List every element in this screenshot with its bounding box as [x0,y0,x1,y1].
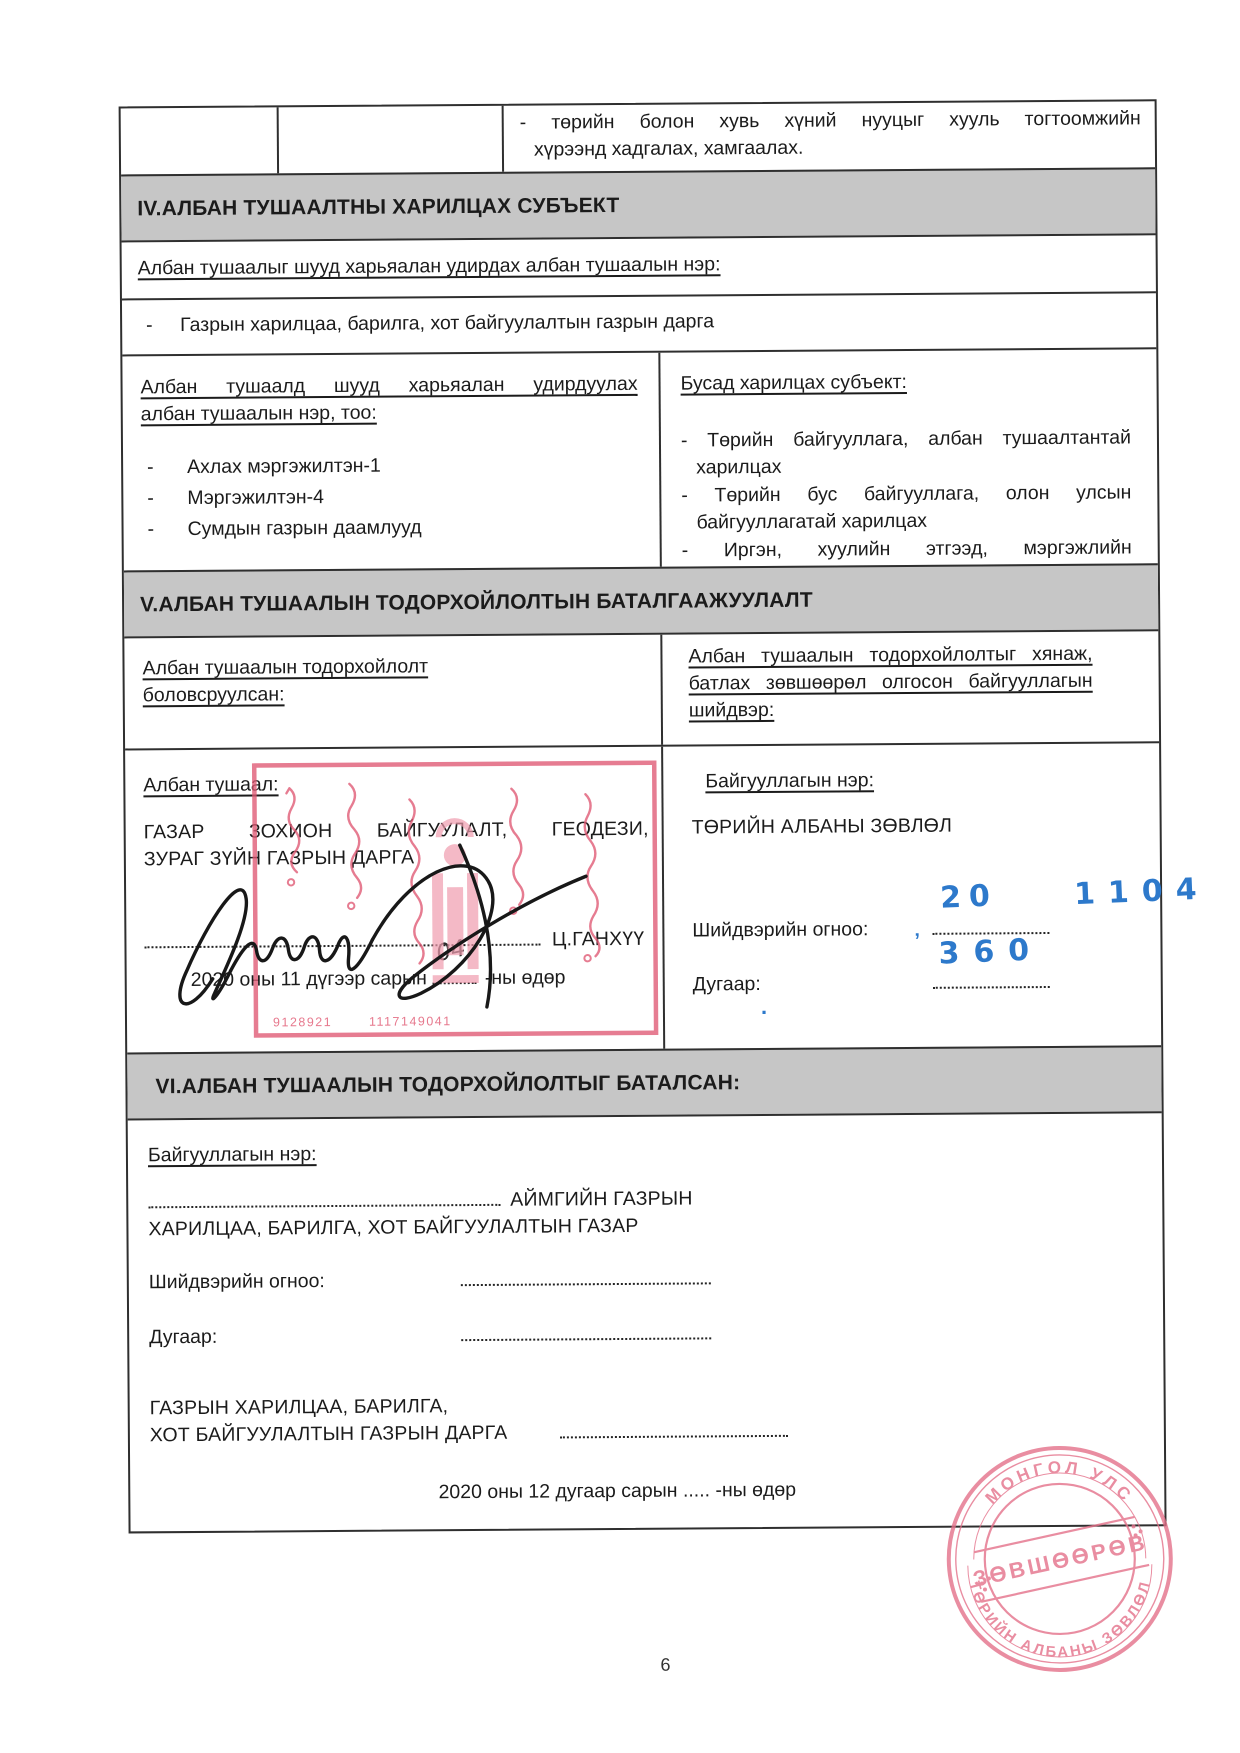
direct-manager-label: Албан тушаалыг шууд харьяалан удирдах ал… [138,251,721,298]
subordinates-list: -Ахлах мэргэжилтэн-1 -Мэргэжилтэн-4 -Сум… [141,449,640,545]
scanned-sheet: - төрийн болон хувь хүний нууцыг хууль т… [0,0,1240,1753]
document-page: - төрийн болон хувь хүний нууцыг хууль т… [0,0,1240,1753]
subordinates-header: Албан тушаалд шууд харьяалан удирдуулах … [140,371,637,428]
subordinates-header-line-2: албан тушаалын нэр, тоо: [141,398,638,428]
subordinate-2: Мэргэжилтэн-4 [187,482,324,514]
continuation-row: - төрийн болон хувь хүний нууцыг хууль т… [121,101,1155,174]
vi-number-dotted-line [461,1322,711,1341]
continuation-empty-cell-1 [121,107,277,174]
approved-org-name-part-1: АЙМГИЙН ГАЗРЫН [510,1186,693,1214]
list-item: -Мэргэжилтэн-4 [141,480,639,514]
v-subheaders-row: Албан тушаалын тодорхойлолт боловсруулса… [124,629,1159,748]
approver-title-line-2: ХОТ БАЙГУУЛАЛТЫН ГАЗРЫН ДАРГА [150,1420,508,1449]
continuation-line-2: хүрээнд хадгалах, хамгаалах. [520,132,1141,163]
vi-decision-date-dotted-line [461,1267,711,1286]
org-name-label: Байгууллагын нэр: [148,1143,317,1166]
approval-header-line-2: батлах зөвшөөрөл олгосон байгууллагын [689,668,1093,698]
org-name-label: Байгууллагын нэр: [705,769,874,792]
approver-signature-dotted-line [559,1420,787,1439]
other-subject-3-line-1: - Иргэн, хуулийн этгээд, мэргэжлийн [682,534,1132,564]
approval-org-name: ТӨРИЙН АЛБАНЫ ЗӨВЛӨЛ [692,811,1142,841]
approval-authority-cell: Албан тушаалын тодорхойлолтыг хянаж, бат… [660,631,1159,744]
developed-by-line-2: боловсруулсан: [143,679,641,709]
decision-date-line: Шийдвэрийн огноо: 20 1104 ’ [692,914,1142,944]
list-item: -Сумдын газрын даамлууд [141,511,639,545]
date-stamp-month: 20 [940,882,999,911]
approval-header-line-3: шийдвэр: [689,695,1093,725]
dash-bullet: - [138,312,180,354]
other-subjects-header: Бусад харилцах субъект: [680,371,906,395]
dash-bullet: - [141,514,187,545]
relations-row: Албан тушаалд шууд харьяалан удирдуулах … [122,347,1157,570]
signature [150,818,671,1022]
decision-number-label: Дугаар: [693,970,933,999]
continuation-text-cell: - төрийн болон хувь хүний нууцыг хууль т… [502,101,1155,172]
approval-header-line-1: Албан тушаалын тодорхойлолтыг хянаж, [688,641,1092,671]
developed-by-header: Албан тушаалын тодорхойлолт боловсруулса… [142,652,640,709]
vi-number-line: Дугаар: [149,1317,1143,1351]
dash-bullet: - [141,452,187,483]
direct-manager-value: Газрын харилцаа, барилга, хот байгуулалт… [180,308,714,354]
vi-number-label: Дугаар: [149,1322,461,1351]
section-iv-title: IV.АЛБАН ТУШААЛТНЫ ХАРИЛЦАХ СУБЪЕКТ [137,191,619,221]
decision-number-line: Дугаар: 360 . [693,968,1143,998]
list-item: - Төрийн байгууллага, албан тушаалтантай… [681,424,1131,481]
subordinates-cell: Албан тушаалд шууд харьяалан удирдуулах … [122,353,659,571]
blue-ink-dot: . [761,993,767,1020]
approved-org-name-part-2: ХАРИЛЦАА, БАРИЛГА, ХОТ БАЙГУУЛАЛТЫН ГАЗА… [148,1209,1142,1243]
subordinate-3: Сумдын газрын даамлууд [187,512,421,545]
approval-authority-header: Албан тушаалын тодорхойлолтыг хянаж, бат… [688,641,1093,725]
subordinates-header-line-1: Албан тушаалд шууд харьяалан удирдуулах [140,371,637,401]
developed-by-cell: Албан тушаалын тодорхойлолт боловсруулса… [124,635,661,749]
section-vi-header: VI.АЛБАН ТУШААЛЫН ТОДОРХОЙЛОЛТЫГ БАТАЛСА… [127,1045,1161,1118]
continuation-line-1: - төрийн болон хувь хүний нууцыг хууль т… [520,105,1141,136]
decision-date-label: Шийдвэрийн огноо: [692,916,932,945]
subordinate-1: Ахлах мэргэжилтэн-1 [187,451,381,483]
section-iv-header: IV.АЛБАН ТУШААЛТНЫ ХАРИЛЦАХ СУБЪЕКТ [121,167,1155,240]
list-item: -Ахлах мэргэжилтэн-1 [141,449,639,483]
section-v-header: V.АЛБАН ТУШААЛЫН ТОДОРХОЙЛОЛТЫН БАТАЛГАА… [124,563,1158,636]
dash-bullet: - [141,483,187,514]
blue-ink-mark: ’ [914,928,920,955]
approval-decision-cell: Байгууллагын нэр: ТӨРИЙН АЛБАНЫ ЗӨВЛӨЛ Ш… [661,743,1161,1048]
vi-decision-date-line: Шийдвэрийн огноо: [149,1262,1143,1296]
page-number: 6 [660,1655,670,1676]
section-v-title: V.АЛБАН ТУШААЛЫН ТОДОРХОЙЛОЛТЫН БАТАЛГАА… [140,586,813,618]
decision-number-dotted-line [933,971,1050,989]
other-subjects-cell: Бусад харилцах субъект: - Төрийн байгуул… [658,349,1157,566]
other-subject-2-line-2: байгууллагатай харилцах [681,506,1131,536]
continuation-empty-cell-2 [277,106,502,174]
direct-manager-value-row: - Газрын харилцаа, барилга, хот байгуула… [122,291,1156,354]
section-vi-title: VI.АЛБАН ТУШААЛЫН ТОДОРХОЙЛОЛТЫГ БАТАЛСА… [143,1069,740,1100]
vi-decision-date-label: Шийдвэрийн огноо: [149,1267,461,1296]
number-stamp: 360 [938,936,1044,967]
round-approval-stamp: ЗӨВШӨӨРӨВ МОНГОЛ УЛС ТӨРИЙН АЛБАНЫ ЗӨВЛӨ… [937,1436,1183,1682]
list-item: - Төрийн бус байгууллага, олон улсын бай… [681,479,1131,536]
other-subject-2-line-1: - Төрийн бус байгууллага, олон улсын [681,479,1131,509]
stamp-band: ЗӨВШӨӨРӨВ [968,1515,1152,1602]
developed-by-line-1: Албан тушаалын тодорхойлолт [142,652,640,682]
date-stamp-day: 1104 [1074,876,1211,909]
other-subject-1-line-2: харилцах [681,451,1131,481]
stamp-band-text: ЗӨВШӨӨРӨВ [971,1529,1150,1592]
other-subject-1-line-1: - Төрийн байгууллага, албан тушаалтантай [681,424,1131,454]
direct-manager-label-row: Албан тушаалыг шууд харьяалан удирдах ал… [122,233,1156,298]
org-name-dotted-line [148,1189,500,1208]
